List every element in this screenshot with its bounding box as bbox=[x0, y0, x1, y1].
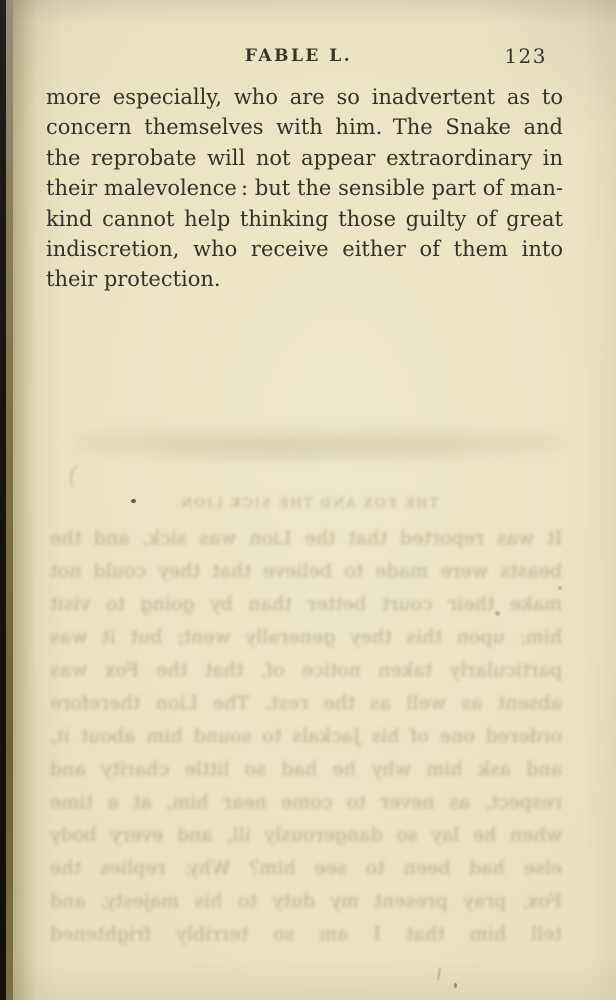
show-through-line: beasts were made to believe that they co… bbox=[50, 555, 562, 588]
paper-speck bbox=[495, 611, 500, 616]
paper-fiber bbox=[437, 968, 441, 980]
show-through-line: particularly taken notice of, that the F… bbox=[50, 654, 562, 687]
body-line: indiscretion, who receive either of them… bbox=[46, 234, 563, 264]
running-title: FABLE L. bbox=[34, 46, 563, 66]
show-through-line: respect, as never to come near him, at a… bbox=[50, 786, 562, 819]
show-through-line: Fox, pray present my duty to his majesty… bbox=[50, 885, 562, 918]
body-paragraph: more especially, who are so inadvertent … bbox=[46, 82, 563, 295]
body-line: the reprobate will not appear extraordin… bbox=[46, 143, 563, 173]
show-through-line: make their court better than by going to… bbox=[50, 588, 562, 621]
body-line: concern themselves with him. The Snake a… bbox=[46, 112, 563, 142]
show-through-line: It was reported that the Lion was sick, … bbox=[50, 522, 562, 555]
paper-speck bbox=[558, 586, 562, 590]
body-line: kind cannot help thinking those guilty o… bbox=[46, 204, 563, 234]
paper-stain-band bbox=[150, 446, 480, 458]
show-through-line: ordered one of his Jackals to sound him … bbox=[50, 720, 562, 753]
binding-edge-olive-strip bbox=[6, 0, 13, 1000]
show-through-title: THE FOX AND THE SICK LION. bbox=[50, 486, 562, 522]
body-line: more especially, who are so inadvertent … bbox=[46, 82, 563, 112]
scanned-book-page: FABLE L. 123 more especially, who are so… bbox=[0, 0, 616, 1000]
page-header: FABLE L. 123 bbox=[46, 46, 563, 72]
page-number: 123 bbox=[504, 44, 547, 68]
show-through-line: else had been to see him? Why, replies t… bbox=[50, 852, 562, 885]
show-through-line: him; upon this they generally went; but … bbox=[50, 621, 562, 654]
show-through-line: tell him that I am so terribly frightene… bbox=[50, 918, 562, 951]
paper-speck bbox=[131, 499, 136, 503]
verso-show-through-text: THE FOX AND THE SICK LION. It was report… bbox=[50, 486, 562, 951]
body-line: their malevolence : but the sensible par… bbox=[46, 173, 563, 203]
show-through-line: and ask him why he had so little charity… bbox=[50, 753, 562, 786]
paper-speck bbox=[454, 983, 457, 988]
body-line: their protection. bbox=[46, 264, 563, 294]
show-through-line: when he lay so dangerously ill, and ever… bbox=[50, 819, 562, 852]
show-through-line: absent as well as the rest. The Lion the… bbox=[50, 687, 562, 720]
gutter-shadow bbox=[13, 0, 37, 1000]
